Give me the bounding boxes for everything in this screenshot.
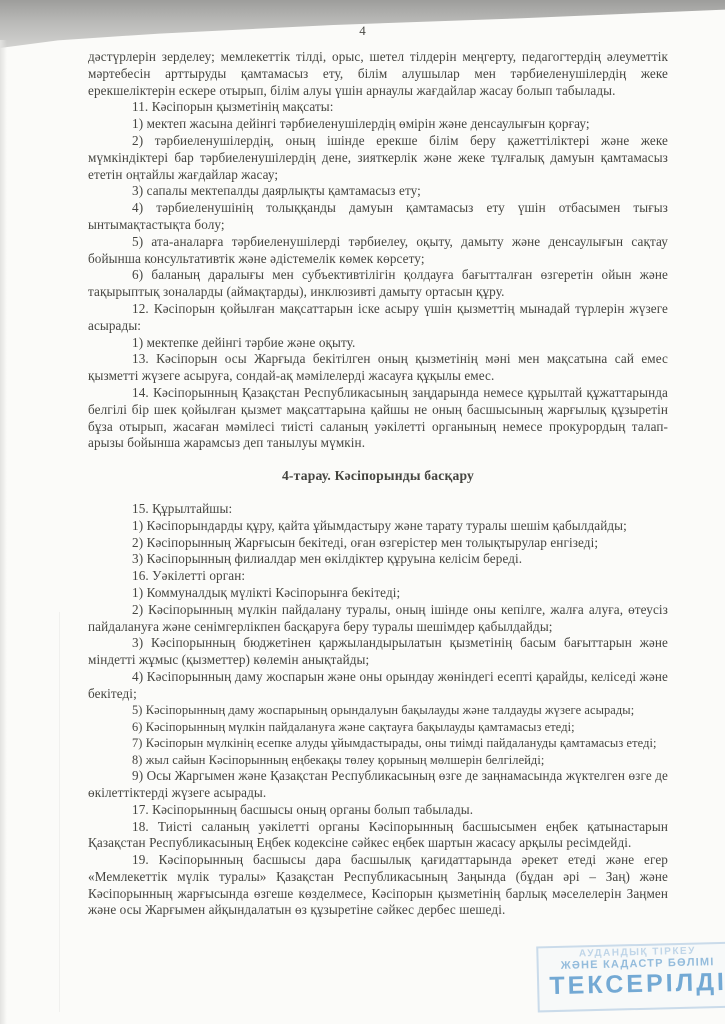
paragraph: 5) Кәсіпорынның даму жоспарының орындалу… <box>88 702 668 718</box>
paragraph: 4) Кәсіпорынның даму жоспарын және оны о… <box>88 669 668 703</box>
paragraph: 6) баланың даралығы мен субъективтілігін… <box>88 267 668 301</box>
paragraph: 6) Кәсіпорынның мүлкін пайдалануға және … <box>88 719 668 735</box>
paragraph: 3) Кәсіпорынның филиалдар мен өкілдіктер… <box>88 551 668 568</box>
paragraph: 18. Тиісті саланың уәкілетті органы Кәсі… <box>88 819 668 853</box>
paragraph: 16. Уәкілетті орган: <box>88 568 668 585</box>
left-edge-shade <box>0 40 7 1024</box>
paragraph: 2) Кәсіпорынның мүлкін пайдалану туралы,… <box>88 602 668 636</box>
page-fold-line <box>59 612 60 1012</box>
page-number: 4 <box>0 23 725 39</box>
paragraph: 9) Осы Жаргымен және Қазақстан Республик… <box>88 768 668 802</box>
stamp-checked-label: ТЕКСЕРІЛДІ <box>539 968 725 1002</box>
paragraph: 15. Құрылтайшы: <box>88 501 668 518</box>
paragraph: 1) мектеп жасына дейінгі тәрбиеленушілер… <box>88 116 668 133</box>
paragraph: 3) Кәсіпорынның бюджетінен қаржыландырыл… <box>88 635 668 669</box>
paragraph: 13. Кәсіпорын осы Жарғыда бекітілген оны… <box>88 351 668 385</box>
paragraph: 7) Кәсіпорын мүлкінің есепке алуды ұйымд… <box>88 735 668 751</box>
paragraph: 14. Кәсіпорынның Қазақстан Республикасын… <box>88 385 668 452</box>
paragraph: 2) Кәсіпорынның Жарғысын бекітеді, оған … <box>88 535 668 552</box>
paragraph: 2) тәрбиеленушілердің, оның ішінде ерекш… <box>88 133 668 183</box>
paragraph: 12. Кәсіпорын қойылған мақсаттарын іске … <box>88 301 668 335</box>
paragraph: 3) сапалы мектепалды даярлықты қамтамасы… <box>88 183 668 200</box>
paragraph: 1) Коммуналдық мүлікті Кәсіпорынға бекіт… <box>88 585 668 602</box>
scanned-document-page: 4 дәстүрлерін зерделеу; мемлекеттік тілд… <box>0 0 725 1024</box>
paragraph: дәстүрлерін зерделеу; мемлекеттік тілді,… <box>88 49 668 99</box>
paragraph: 19. Кәсіпорынның басшысы дара басшылық қ… <box>88 852 668 919</box>
chapter-heading: 4-тарау. Кәсіпорынды басқару <box>88 468 668 485</box>
paragraph: 17. Кәсіпорынның басшысы оның органы бол… <box>88 802 668 819</box>
paragraph: 5) ата-аналарға тәрбиеленушілерді тәрбие… <box>88 234 668 268</box>
document-text: дәстүрлерін зерделеу; мемлекеттік тілді,… <box>88 49 668 919</box>
paragraph: 4) тәрбиеленушінің толыққанды дамуын қам… <box>88 200 668 234</box>
paragraph: 1) Кәсіпорындарды құру, қайта ұйымдастыр… <box>88 518 668 535</box>
paragraph: 8) жыл сайын Кәсіпорынның еңбекақы төлеу… <box>88 752 668 768</box>
paragraph: 11. Кәсіпорын қызметінің мақсаты: <box>88 99 668 116</box>
paragraph: 1) мектепке дейінгі тәрбие және оқыту. <box>88 335 668 352</box>
verification-stamp: АУДАНДЫҚ ТІРКЕУ ЖӘНЕ КАДАСТР БӨЛІМІ ТЕКС… <box>536 942 725 1013</box>
